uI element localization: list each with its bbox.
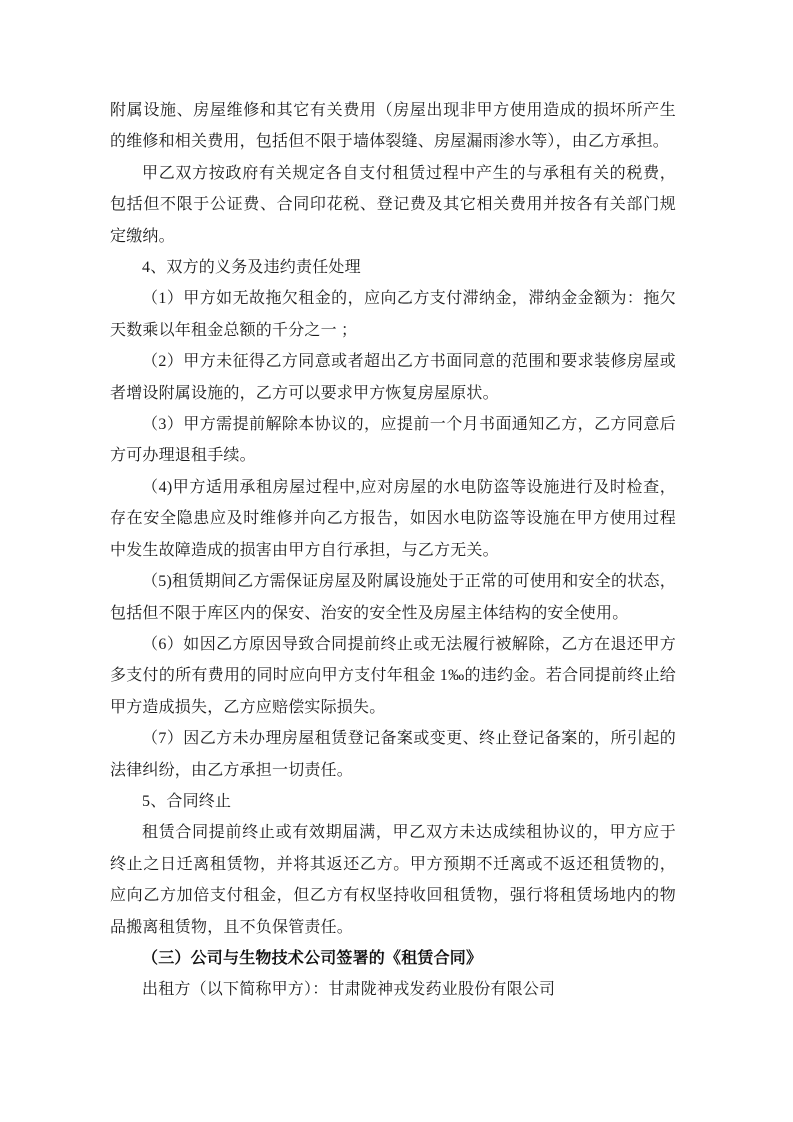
clause-4-6: （6）如因乙方原因导致合同提前终止或无法履行被解除，乙方在退还甲方多支付的所有费…: [110, 629, 676, 723]
clause-4-5: （5)租赁期间乙方需保证房屋及附属设施处于正常的可使用和安全的状态，包括但不限于…: [110, 566, 676, 629]
clause-4-1: （1）甲方如无故拖欠租金的，应向乙方支付滞纳金，滞纳金金额为：拖欠天数乘以年租金…: [110, 283, 676, 346]
clause-4-7: （7）因乙方未办理房屋租赁登记备案或变更、终止登记备案的，所引起的法律纠纷，由乙…: [110, 723, 676, 786]
clause-4-3: （3）甲方需提前解除本协议的，应提前一个月书面通知乙方，乙方同意后方可办理退租手…: [110, 409, 676, 472]
document-page: 附属设施、房屋维修和其它有关费用（房屋出现非甲方使用造成的损坏所产生的维修和相关…: [0, 0, 793, 1122]
para-fees-continuation: 附属设施、房屋维修和其它有关费用（房屋出现非甲方使用造成的损坏所产生的维修和相关…: [110, 95, 676, 158]
heading-clause-4: 4、双方的义务及违约责任处理: [110, 252, 676, 283]
para-contract-termination: 租赁合同提前终止或有效期届满，甲乙双方未达成续租协议的，甲方应于终止之日迁离租赁…: [110, 817, 676, 943]
para-taxes: 甲乙双方按政府有关规定各自支付租赁过程中产生的与承租有关的税费，包括但不限于公证…: [110, 158, 676, 252]
heading-section-3: （三）公司与生物技术公司签署的《租赁合同》: [110, 943, 676, 974]
heading-clause-5: 5、合同终止: [110, 786, 676, 817]
para-lessor: 出租方（以下简称甲方）：甘肃陇神戎发药业股份有限公司: [110, 974, 676, 1005]
page-content: 附属设施、房屋维修和其它有关费用（房屋出现非甲方使用造成的损坏所产生的维修和相关…: [110, 95, 676, 1006]
clause-4-2: （2）甲方未征得乙方同意或者超出乙方书面同意的范围和要求装修房屋或者增设附属设施…: [110, 346, 676, 409]
clause-4-4: （4)甲方适用承租房屋过程中,应对房屋的水电防盗等设施进行及时检查，存在安全隐患…: [110, 472, 676, 566]
